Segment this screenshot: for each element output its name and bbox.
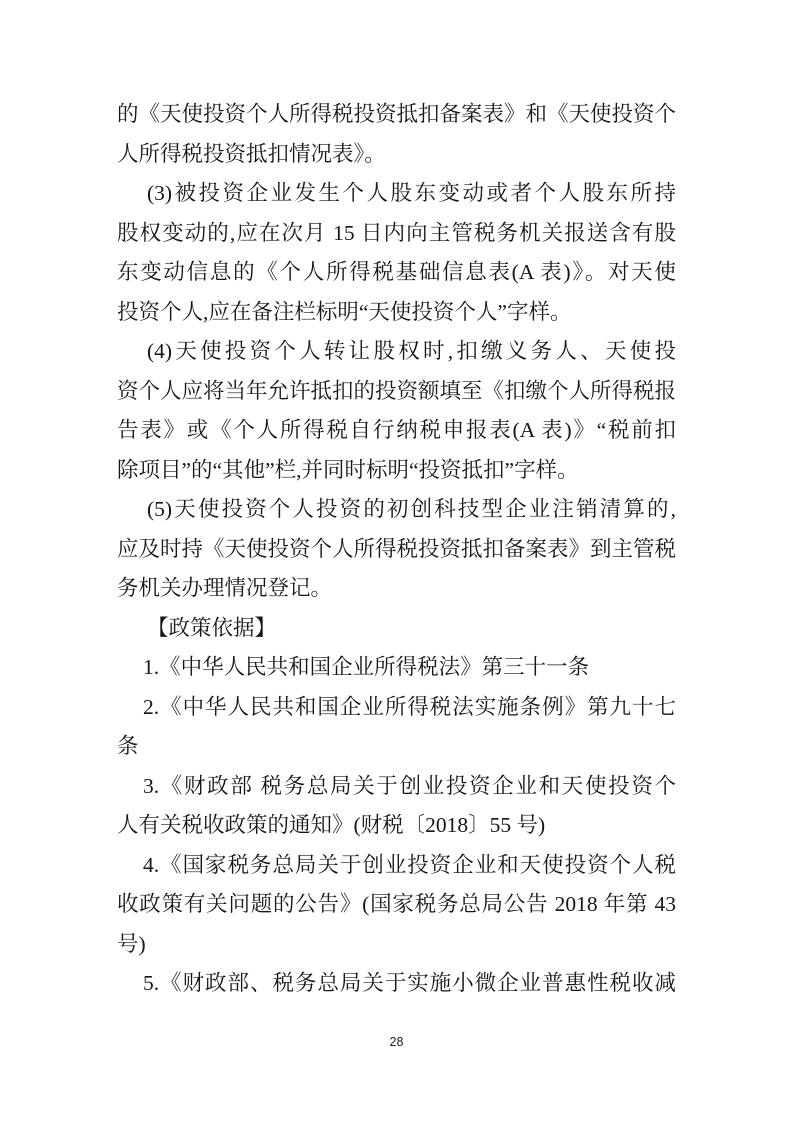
text-line: 务机关办理情况登记。	[117, 569, 676, 609]
document-body: 的《天使投资个人所得税投资抵扣备案表》和《天使投资个人所得税投资抵扣情况表》。(…	[117, 95, 676, 1004]
paragraph: 3.《财政部 税务总局关于创业投资企业和天使投资个人有关税收政策的通知》(财税〔…	[117, 767, 676, 846]
text-line: (5)天使投资个人投资的初创科技型企业注销清算的,	[117, 490, 676, 530]
text-line: (3)被投资企业发生个人股东变动或者个人股东所持	[117, 174, 676, 214]
text-line: 号)	[117, 925, 676, 965]
text-line: 人所得税投资抵扣情况表》。	[117, 135, 676, 175]
text-line: 5.《财政部、税务总局关于实施小微企业普惠性税收减	[117, 964, 676, 1004]
text-line: 东变动信息的《个人所得税基础信息表(A 表)》。对天使	[117, 253, 676, 293]
paragraph: (3)被投资企业发生个人股东变动或者个人股东所持股权变动的,应在次月 15 日内…	[117, 174, 676, 332]
page-number: 28	[390, 1035, 404, 1049]
document-page: 的《天使投资个人所得税投资抵扣备案表》和《天使投资个人所得税投资抵扣情况表》。(…	[0, 0, 793, 1122]
text-line: 1.《中华人民共和国企业所得税法》第三十一条	[117, 648, 676, 688]
text-line: 收政策有关问题的公告》(国家税务总局公告 2018 年第 43	[117, 885, 676, 925]
paragraph: (5)天使投资个人投资的初创科技型企业注销清算的,应及时持《天使投资个人所得税投…	[117, 490, 676, 609]
page-footer: 28	[0, 1035, 793, 1049]
text-line: 条	[117, 727, 676, 767]
text-line: 资个人应将当年允许抵扣的投资额填至《扣缴个人所得税报	[117, 372, 676, 412]
text-line: 告表》或《个人所得税自行纳税申报表(A 表)》“税前扣	[117, 411, 676, 451]
text-line: 除项目”的“其他”栏,并同时标明“投资抵扣”字样。	[117, 451, 676, 491]
paragraph: 的《天使投资个人所得税投资抵扣备案表》和《天使投资个人所得税投资抵扣情况表》。	[117, 95, 676, 174]
text-line: 4.《国家税务总局关于创业投资企业和天使投资个人税	[117, 846, 676, 886]
text-line: 投资个人,应在备注栏标明“天使投资个人”字样。	[117, 293, 676, 333]
text-line: 的《天使投资个人所得税投资抵扣备案表》和《天使投资个	[117, 95, 676, 135]
text-line: 【政策依据】	[117, 609, 676, 649]
text-line: (4)天使投资个人转让股权时,扣缴义务人、天使投	[117, 332, 676, 372]
text-line: 股权变动的,应在次月 15 日内向主管税务机关报送含有股	[117, 214, 676, 254]
paragraph: 【政策依据】	[117, 609, 676, 649]
text-line: 人有关税收政策的通知》(财税〔2018〕55 号)	[117, 806, 676, 846]
text-line: 3.《财政部 税务总局关于创业投资企业和天使投资个	[117, 767, 676, 807]
paragraph: 4.《国家税务总局关于创业投资企业和天使投资个人税收政策有关问题的公告》(国家税…	[117, 846, 676, 965]
text-line: 应及时持《天使投资个人所得税投资抵扣备案表》到主管税	[117, 530, 676, 570]
paragraph: 2.《中华人民共和国企业所得税法实施条例》第九十七条	[117, 688, 676, 767]
text-line: 2.《中华人民共和国企业所得税法实施条例》第九十七	[117, 688, 676, 728]
paragraph: 1.《中华人民共和国企业所得税法》第三十一条	[117, 648, 676, 688]
paragraph: 5.《财政部、税务总局关于实施小微企业普惠性税收减	[117, 964, 676, 1004]
paragraph: (4)天使投资个人转让股权时,扣缴义务人、天使投资个人应将当年允许抵扣的投资额填…	[117, 332, 676, 490]
